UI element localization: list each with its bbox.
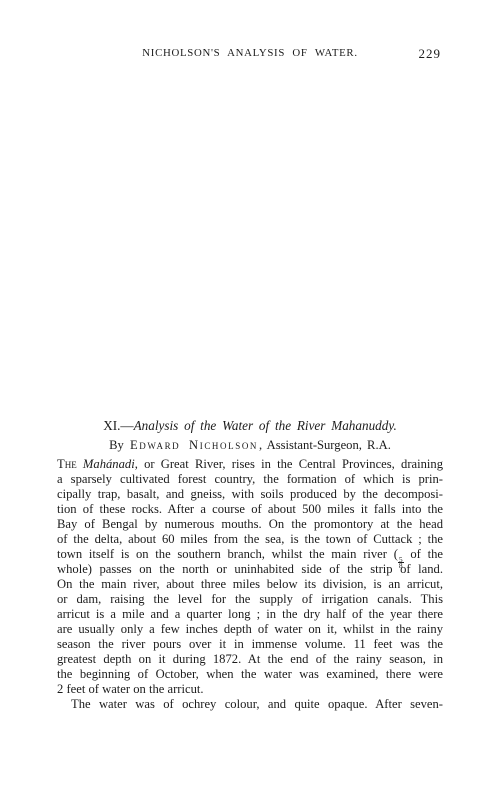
lead-word: The [57,457,77,471]
body-line: cipally trap, basalt, and gneiss, with s… [57,487,443,502]
article-number: XI.— [103,418,133,433]
body-line: season the river pours over it in immens… [57,637,443,652]
body-line: tion of these rocks. After a course of a… [57,502,443,517]
byline-prefix: By [109,438,124,452]
body-line: The Mahánadi, or Great River, rises in t… [57,457,443,472]
page-number: 229 [419,46,442,62]
body-line: are usually only a few inches depth of w… [57,622,443,637]
running-head-title: NICHOLSON'S ANALYSIS OF WATER. [57,47,443,59]
article-title: XI.—Analysis of the Water of the River M… [57,418,443,434]
body-line: the beginning of October, when the water… [57,667,443,682]
river-name: Mahánadi [83,457,135,471]
byline: By Edward Nicholson, Assistant-Surgeon, … [57,438,443,453]
article-title-text: Analysis of the Water of the River Mahan… [134,418,397,433]
body-line: of the delta, about 60 miles from the se… [57,532,443,547]
body-line: greatest depth on it during 1872. At the… [57,652,443,667]
body-line: a sparsely cultivated forest country, th… [57,472,443,487]
running-head: NICHOLSON'S ANALYSIS OF WATER. 229 [57,47,443,63]
author-name: Edward Nicholson [129,438,259,452]
line-text: of the [404,547,443,561]
body-line: arricut is a mile and a quarter long ; i… [57,607,443,622]
byline-suffix: , Assistant-Surgeon, R.A. [259,438,391,452]
scanned-page: NICHOLSON'S ANALYSIS OF WATER. 229 XI.—A… [0,0,500,785]
body-line: town itself is on the southern branch, w… [57,547,443,562]
line-text: town itself is on the southern branch, w… [57,547,398,561]
line-text: , or Great River, rises in the Central P… [135,457,443,471]
body-line: Bay of Bengal by numerous mouths. On the… [57,517,443,532]
body-line: or dam, raising the level for the supply… [57,592,443,607]
body-line: whole) passes on the north or uninhabite… [57,562,443,577]
body-line: 2 feet of water on the arricut. [57,682,443,697]
body-line-paragraph-2: The water was of ochrey colour, and quit… [57,697,443,712]
body-line: On the main river, about three miles bel… [57,577,443,592]
text-column: NICHOLSON'S ANALYSIS OF WATER. 229 XI.—A… [57,0,443,785]
body-text: The Mahánadi, or Great River, rises in t… [57,457,443,712]
